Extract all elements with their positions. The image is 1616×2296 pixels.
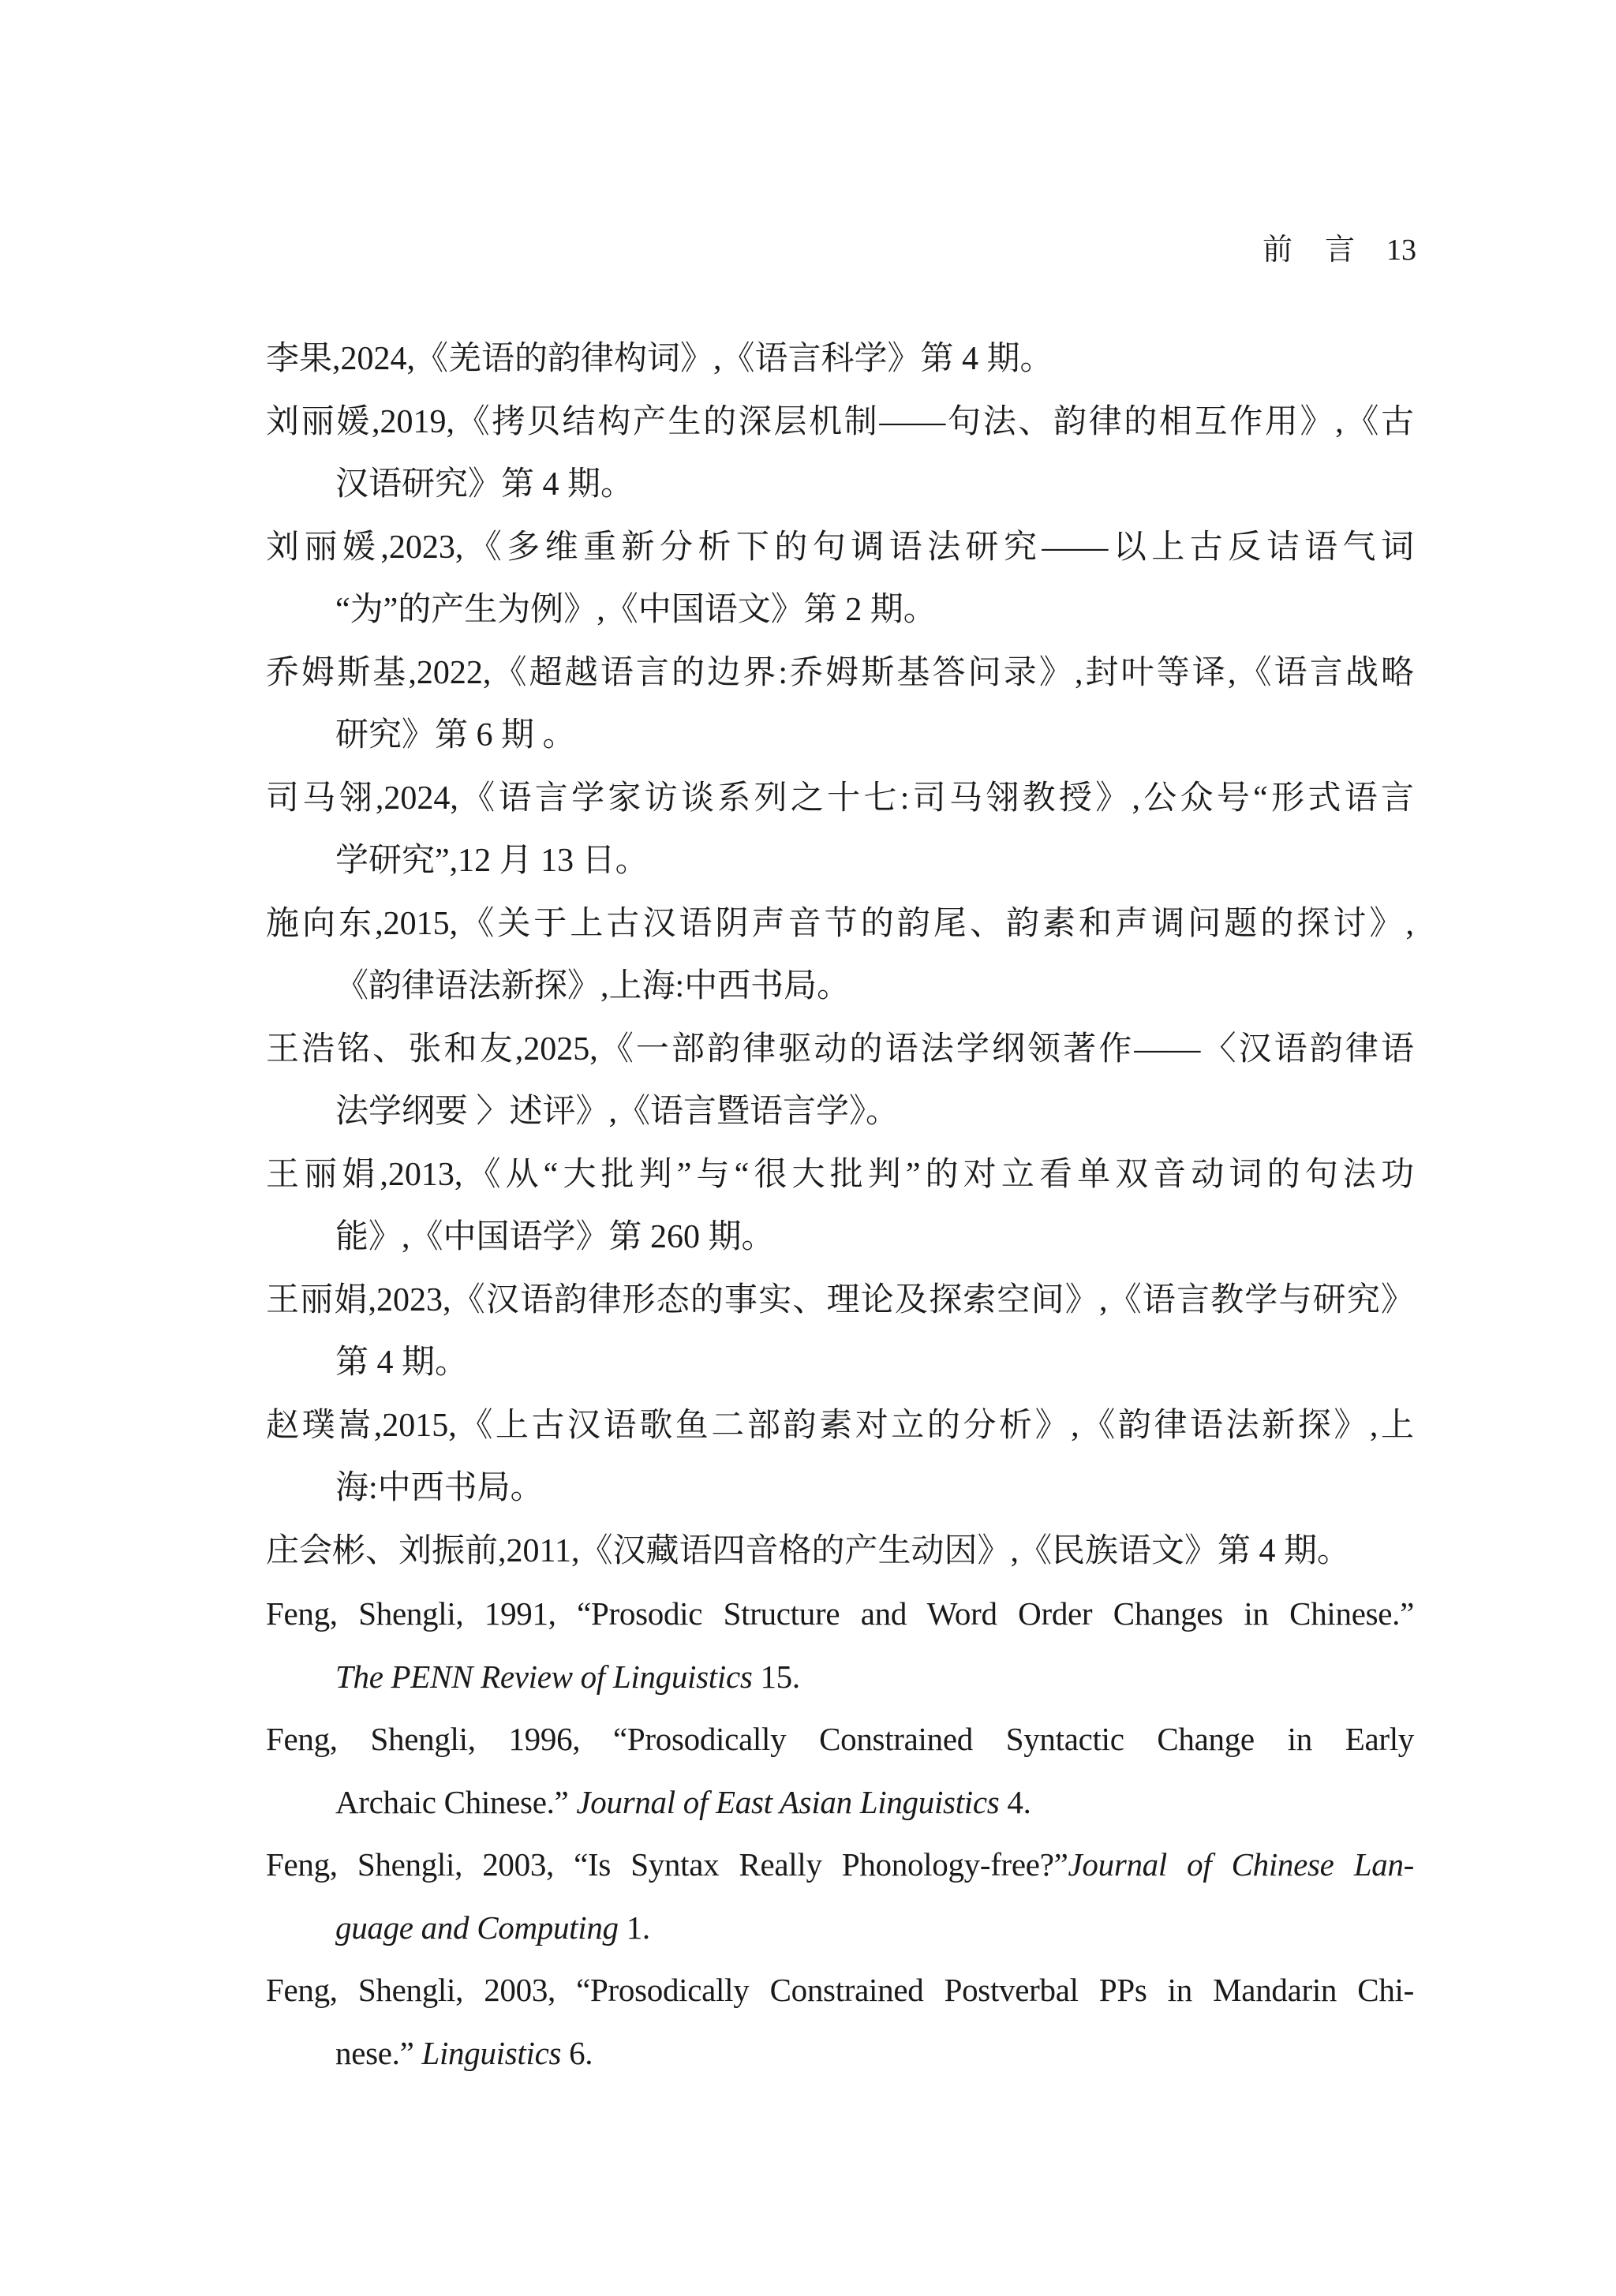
reference-continuation-line: guage and Computing 1.	[266, 1904, 1414, 1967]
reference-text: 法学纲要 〉述评》,《语言暨语言学》。	[335, 1094, 899, 1130]
reference-text: 王丽娟,2013,《从“大批判”与“很大批判”的对立看单双音动词的句法功	[266, 1157, 1414, 1193]
reference-entry: Feng, Shengli, 2003, “Is Syntax Really P…	[266, 1841, 1414, 1966]
reference-continuation-line: “为”的产生为例》,《中国语文》第 2 期。	[266, 586, 1414, 649]
reference-first-line: Feng, Shengli, 2003, “Prosodically Const…	[266, 1966, 1414, 2029]
section-title-char-2: 言	[1325, 230, 1355, 270]
reference-first-line: 赵璞嵩,2015,《上古汉语歌鱼二部韵素对立的分析》,《韵律语法新探》,上	[266, 1402, 1414, 1465]
reference-entry: 刘丽媛,2019,《拷贝结构产生的深层机制——句法、韵律的相互作用》,《古汉语研…	[266, 398, 1414, 524]
journal-title: Journal of Chinese Lan-	[1068, 1846, 1414, 1883]
reference-continuation-line: nese.” Linguistics 6.	[266, 2029, 1414, 2092]
reference-entry: 乔姆斯基,2022,《超越语言的边界:乔姆斯基答问录》,封叶等译,《语言战略研究…	[266, 649, 1414, 775]
reference-entry: 王浩铭、张和友,2025,《一部韵律驱动的语法学纲领著作——〈汉语韵律语法学纲要…	[266, 1026, 1414, 1151]
reference-text: 司马翎,2024,《语言学家访谈系列之十七:司马翎教授》,公众号“形式语言	[266, 780, 1414, 817]
journal-title: guage and Computing	[335, 1909, 619, 1946]
running-head: 前 言 13	[1262, 230, 1416, 270]
reference-text: “为”的产生为例》,《中国语文》第 2 期。	[335, 592, 937, 628]
reference-first-line: Feng, Shengli, 1991, “Prosodic Structure…	[266, 1590, 1414, 1653]
reference-list: 李果,2024,《羌语的韵律构词》,《语言科学》第 4 期。刘丽媛,2019,《…	[266, 335, 1414, 2092]
reference-first-line: 刘丽媛,2023,《多维重新分析下的句调语法研究——以上古反诘语气词	[266, 524, 1414, 587]
reference-continuation-line: Archaic Chinese.” Journal of East Asian …	[266, 1778, 1414, 1842]
reference-text: 1.	[619, 1909, 650, 1946]
reference-entry: Feng, Shengli, 1996, “Prosodically Const…	[266, 1715, 1414, 1841]
reference-first-line: 李果,2024,《羌语的韵律构词》,《语言科学》第 4 期。	[266, 335, 1414, 398]
reference-first-line: Feng, Shengli, 2003, “Is Syntax Really P…	[266, 1841, 1414, 1904]
reference-first-line: 王丽娟,2013,《从“大批判”与“很大批判”的对立看单双音动词的句法功	[266, 1151, 1414, 1214]
section-title-char-1: 前	[1262, 230, 1292, 270]
reference-text: 王丽娟,2023,《汉语韵律形态的事实、理论及探索空间》,《语言教学与研究》	[266, 1282, 1414, 1318]
reference-entry: 刘丽媛,2023,《多维重新分析下的句调语法研究——以上古反诘语气词“为”的产生…	[266, 524, 1414, 649]
reference-continuation-line: 法学纲要 〉述评》,《语言暨语言学》。	[266, 1088, 1414, 1151]
page-number: 13	[1386, 230, 1416, 270]
reference-text: Feng, Shengli, 2003, “Is Syntax Really P…	[266, 1846, 1068, 1883]
reference-text: 海:中西书局。	[335, 1470, 544, 1506]
reference-text: 15.	[753, 1658, 800, 1695]
reference-text: 6.	[561, 2035, 593, 2071]
reference-entry: 王丽娟,2013,《从“大批判”与“很大批判”的对立看单双音动词的句法功能》,《…	[266, 1151, 1414, 1277]
reference-first-line: Feng, Shengli, 1996, “Prosodically Const…	[266, 1715, 1414, 1778]
reference-continuation-line: 能》,《中国语学》第 260 期。	[266, 1213, 1414, 1277]
reference-text: 汉语研究》第 4 期。	[335, 466, 634, 503]
reference-first-line: 王浩铭、张和友,2025,《一部韵律驱动的语法学纲领著作——〈汉语韵律语	[266, 1026, 1414, 1089]
reference-first-line: 王丽娟,2023,《汉语韵律形态的事实、理论及探索空间》,《语言教学与研究》	[266, 1277, 1414, 1340]
reference-text: Feng, Shengli, 1996, “Prosodically Const…	[266, 1721, 1414, 1757]
reference-text: 刘丽媛,2019,《拷贝结构产生的深层机制——句法、韵律的相互作用》,《古	[266, 404, 1414, 440]
reference-continuation-line: 学研究”,12 月 13 日。	[266, 837, 1414, 900]
reference-entry: Feng, Shengli, 1991, “Prosodic Structure…	[266, 1590, 1414, 1715]
reference-text: nese.”	[335, 2035, 421, 2071]
reference-text: 王浩铭、张和友,2025,《一部韵律驱动的语法学纲领著作——〈汉语韵律语	[266, 1031, 1414, 1068]
reference-first-line: 庄会彬、刘振前,2011,《汉藏语四音格的产生动因》,《民族语文》第 4 期。	[266, 1528, 1414, 1591]
reference-continuation-line: 汉语研究》第 4 期。	[266, 461, 1414, 524]
reference-continuation-line: The PENN Review of Linguistics 15.	[266, 1653, 1414, 1716]
reference-continuation-line: 第 4 期。	[266, 1339, 1414, 1402]
reference-text: 研究》第 6 期 。	[335, 717, 576, 753]
reference-first-line: 乔姆斯基,2022,《超越语言的边界:乔姆斯基答问录》,封叶等译,《语言战略	[266, 649, 1414, 712]
reference-entry: 王丽娟,2023,《汉语韵律形态的事实、理论及探索空间》,《语言教学与研究》第 …	[266, 1277, 1414, 1402]
reference-text: 刘丽媛,2023,《多维重新分析下的句调语法研究——以上古反诘语气词	[266, 529, 1414, 566]
journal-title: The PENN Review of Linguistics	[335, 1658, 753, 1695]
reference-text: 《韵律语法新探》,上海:中西书局。	[335, 968, 850, 1004]
reference-entry: 李果,2024,《羌语的韵律构词》,《语言科学》第 4 期。	[266, 335, 1414, 398]
reference-text: Archaic Chinese.”	[335, 1784, 576, 1820]
reference-text: 能》,《中国语学》第 260 期。	[335, 1219, 775, 1255]
reference-first-line: 施向东,2015,《关于上古汉语阴声音节的韵尾、韵素和声调问题的探讨》,	[266, 900, 1414, 963]
reference-entry: Feng, Shengli, 2003, “Prosodically Const…	[266, 1966, 1414, 2092]
reference-text: 学研究”,12 月 13 日。	[335, 843, 649, 879]
reference-text: 第 4 期。	[335, 1344, 468, 1381]
reference-text: 乔姆斯基,2022,《超越语言的边界:乔姆斯基答问录》,封叶等译,《语言战略	[266, 655, 1414, 691]
book-page: 前 言 13 李果,2024,《羌语的韵律构词》,《语言科学》第 4 期。刘丽媛…	[0, 0, 1616, 2296]
reference-text: 赵璞嵩,2015,《上古汉语歌鱼二部韵素对立的分析》,《韵律语法新探》,上	[266, 1408, 1414, 1444]
reference-entry: 施向东,2015,《关于上古汉语阴声音节的韵尾、韵素和声调问题的探讨》,《韵律语…	[266, 900, 1414, 1026]
reference-text: 施向东,2015,《关于上古汉语阴声音节的韵尾、韵素和声调问题的探讨》,	[266, 906, 1414, 942]
reference-text: 庄会彬、刘振前,2011,《汉藏语四音格的产生动因》,《民族语文》第 4 期。	[266, 1533, 1350, 1569]
reference-first-line: 司马翎,2024,《语言学家访谈系列之十七:司马翎教授》,公众号“形式语言	[266, 775, 1414, 838]
reference-continuation-line: 海:中西书局。	[266, 1464, 1414, 1528]
reference-entry: 赵璞嵩,2015,《上古汉语歌鱼二部韵素对立的分析》,《韵律语法新探》,上海:中…	[266, 1402, 1414, 1528]
reference-entry: 庄会彬、刘振前,2011,《汉藏语四音格的产生动因》,《民族语文》第 4 期。	[266, 1528, 1414, 1591]
reference-text: 4.	[999, 1784, 1031, 1820]
reference-continuation-line: 《韵律语法新探》,上海:中西书局。	[266, 963, 1414, 1026]
reference-text: 李果,2024,《羌语的韵律构词》,《语言科学》第 4 期。	[266, 341, 1053, 377]
reference-entry: 司马翎,2024,《语言学家访谈系列之十七:司马翎教授》,公众号“形式语言学研究…	[266, 775, 1414, 900]
reference-text: Feng, Shengli, 2003, “Prosodically Const…	[266, 1972, 1414, 2008]
journal-title: Linguistics	[421, 2035, 561, 2071]
reference-first-line: 刘丽媛,2019,《拷贝结构产生的深层机制——句法、韵律的相互作用》,《古	[266, 398, 1414, 462]
reference-continuation-line: 研究》第 6 期 。	[266, 712, 1414, 775]
journal-title: Journal of East Asian Linguistics	[576, 1784, 999, 1820]
reference-text: Feng, Shengli, 1991, “Prosodic Structure…	[266, 1595, 1414, 1632]
